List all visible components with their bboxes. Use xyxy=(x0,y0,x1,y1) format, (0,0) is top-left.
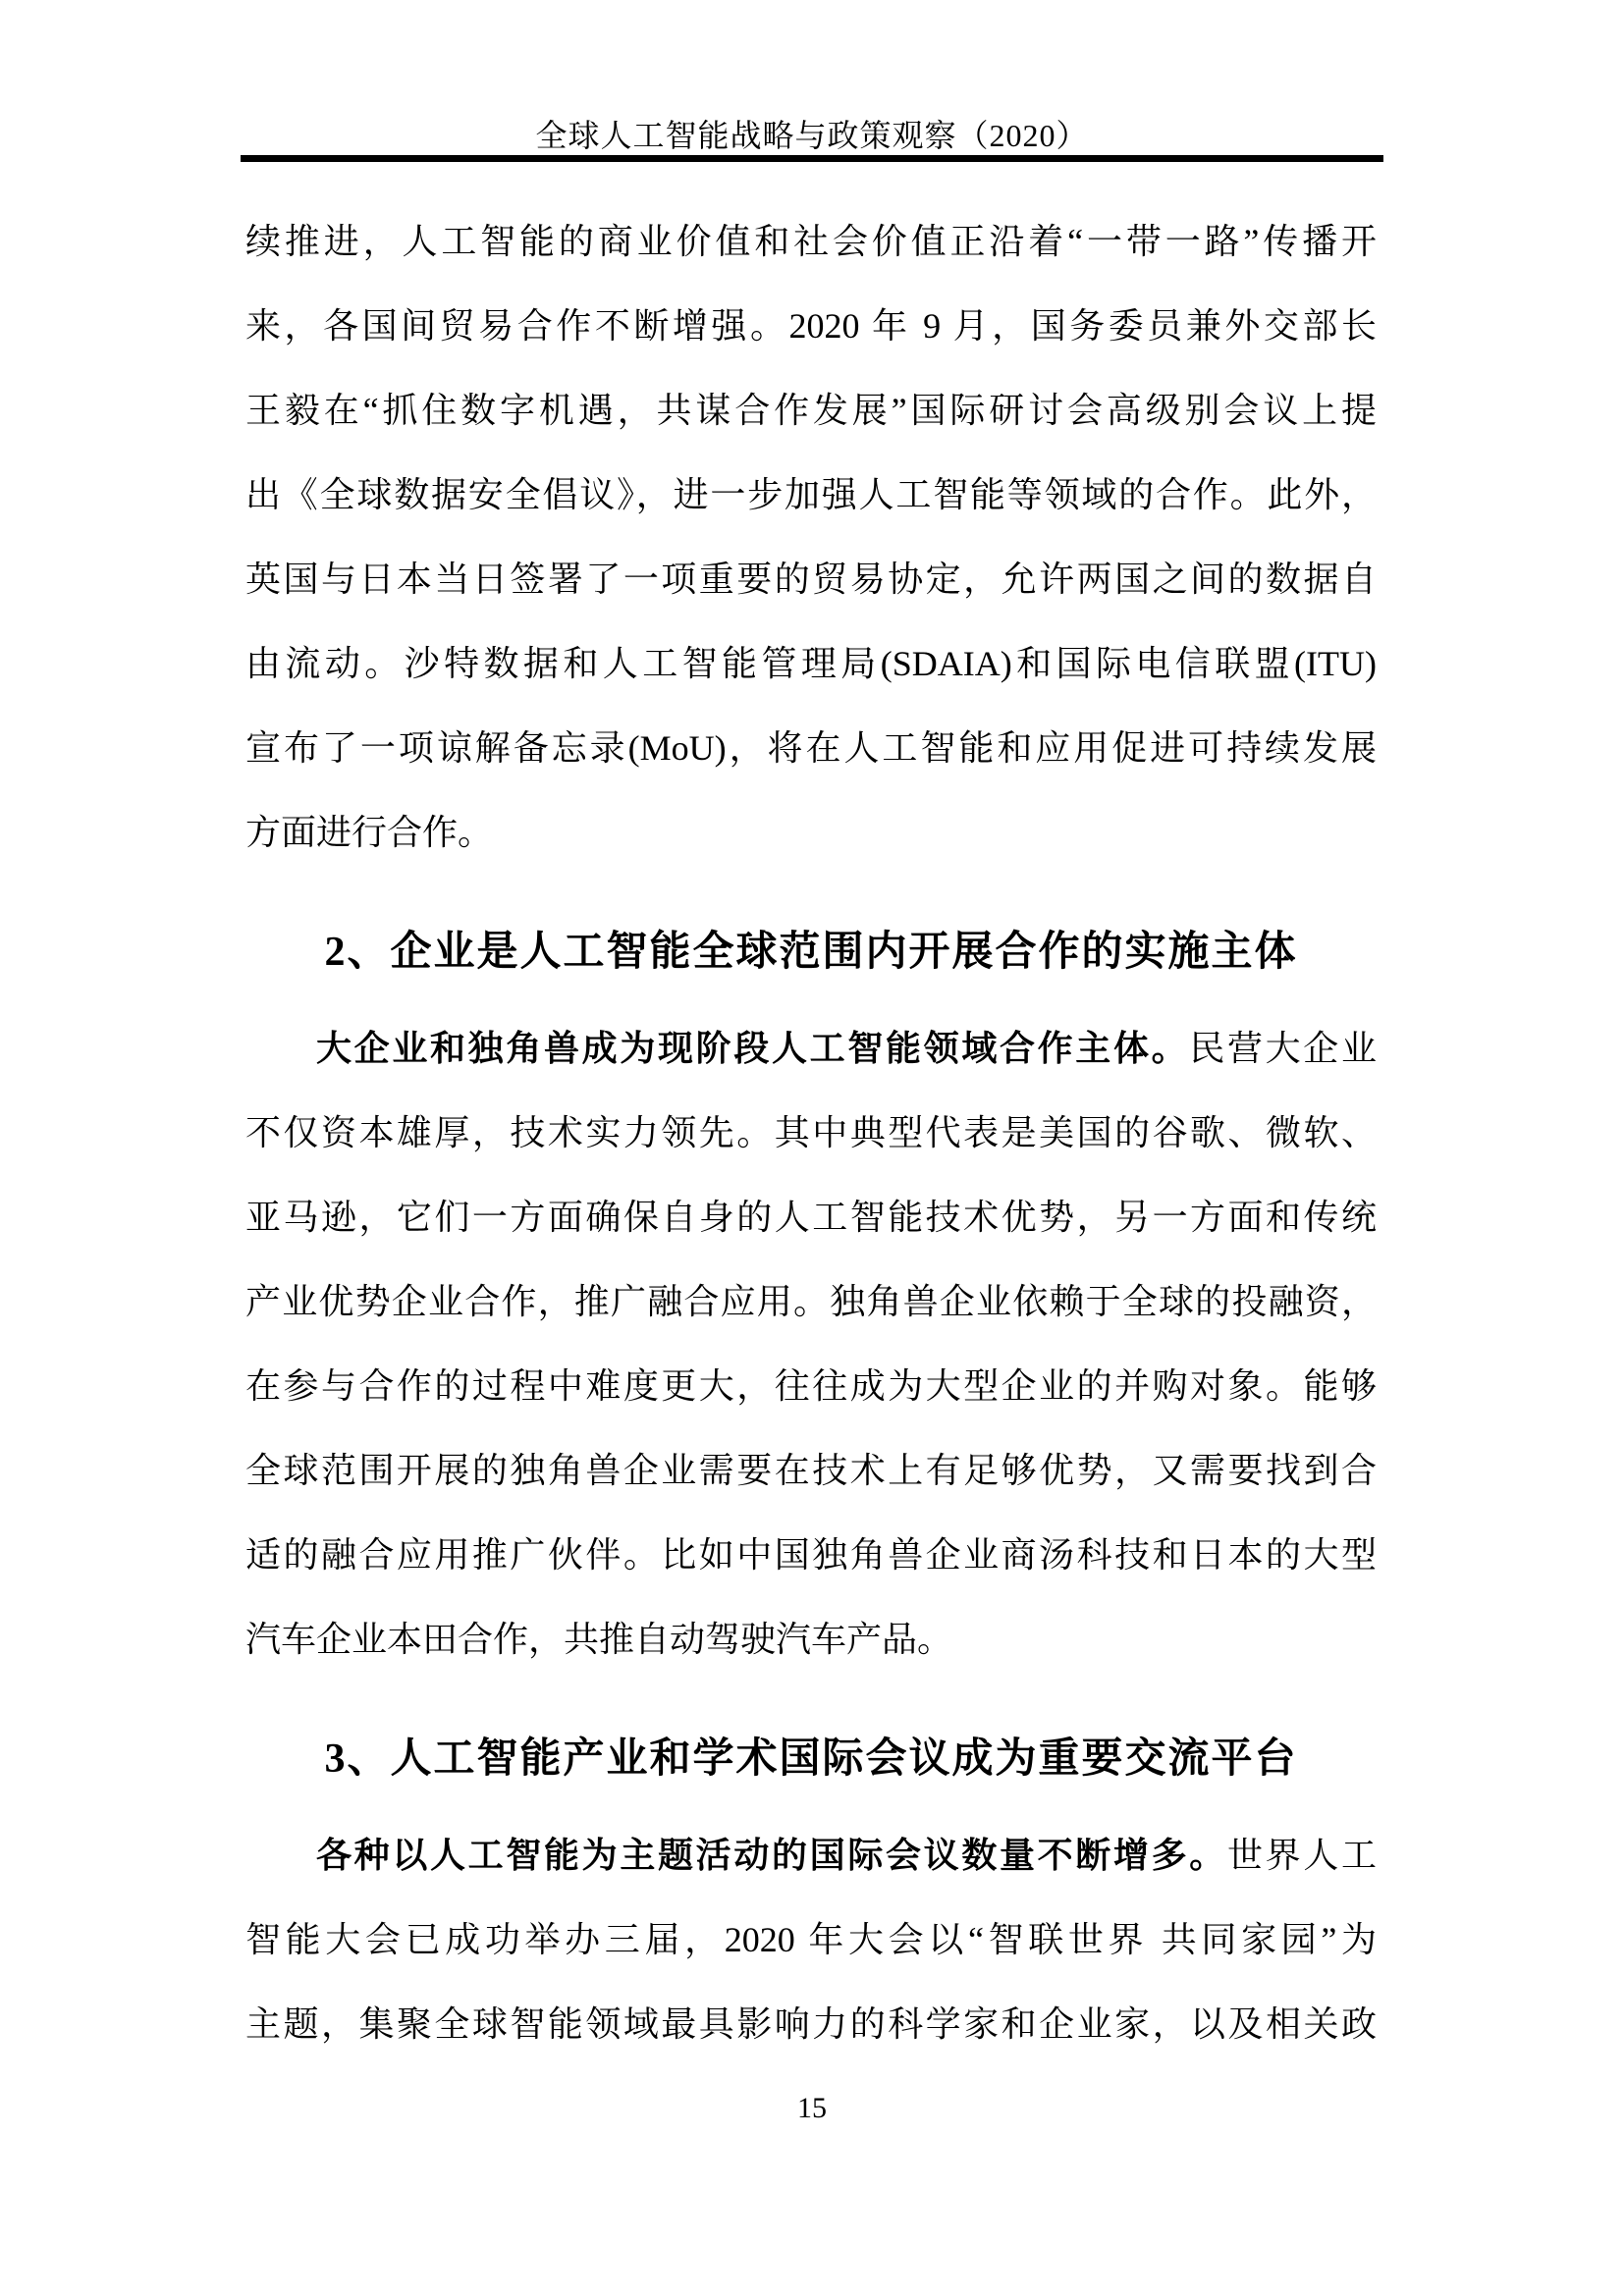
document-body: 续推进，人工智能的商业价值和社会价值正沿着“一带一路”传播开来，各国间贸易合作不… xyxy=(245,199,1377,2066)
text-line: 在参与合作的过程中难度更大，往往成为大型企业的并购对象。能够 xyxy=(245,1344,1377,1428)
body-text: 民营大企业 xyxy=(1189,1029,1377,1068)
paragraph: 续推进，人工智能的商业价值和社会价值正沿着“一带一路”传播开来，各国间贸易合作不… xyxy=(245,199,1377,875)
bold-lead-text: 各种以人工智能为主题活动的国际会议数量不断增多。 xyxy=(316,1835,1227,1875)
section-heading: 3、人工智能产业和学术国际会议成为重要交流平台 xyxy=(245,1717,1377,1801)
body-text: 适的融合应用推广伙伴。比如中国独角兽企业商汤科技和日本的大型 xyxy=(245,1535,1377,1575)
body-text: 英国与日本当日签署了一项重要的贸易协定，允许两国之间的数据自 xyxy=(245,560,1377,599)
text-line: 方面进行合作。 xyxy=(245,790,1377,875)
text-line: 各种以人工智能为主题活动的国际会议数量不断增多。世界人工 xyxy=(245,1813,1377,1897)
document-page: 全球人工智能战略与政策观察（2020） 续推进，人工智能的商业价值和社会价值正沿… xyxy=(0,0,1624,2296)
body-text: 不仅资本雄厚，技术实力领先。其中典型代表是美国的谷歌、微软、 xyxy=(245,1113,1377,1152)
text-line: 出《全球数据安全倡议》，进一步加强人工智能等领域的合作。此外， xyxy=(245,453,1377,537)
body-text: 王毅在“抓住数字机遇，共谋合作发展”国际研讨会高级别会议上提 xyxy=(245,391,1377,430)
text-line: 智能大会已成功举办三届，2020 年大会以“智联世界 共同家园”为 xyxy=(245,1897,1377,1982)
text-line: 亚马逊，它们一方面确保自身的人工智能技术优势，另一方面和传统 xyxy=(245,1175,1377,1259)
body-text: 出《全球数据安全倡议》，进一步加强人工智能等领域的合作。此外， xyxy=(245,475,1377,514)
body-text: 汽车企业本田合作，共推自动驾驶汽车产品。 xyxy=(245,1620,952,1659)
body-text: 续推进，人工智能的商业价值和社会价值正沿着“一带一路”传播开 xyxy=(245,222,1377,261)
body-text: 主题，集聚全球智能领域最具影响力的科学家和企业家，以及相关政 xyxy=(245,2004,1377,2044)
section-heading: 2、企业是人工智能全球范围内开展合作的实施主体 xyxy=(245,910,1377,994)
body-text: 智能大会已成功举办三届，2020 年大会以“智联世界 共同家园”为 xyxy=(245,1920,1377,1959)
paragraph: 各种以人工智能为主题活动的国际会议数量不断增多。世界人工智能大会已成功举办三届，… xyxy=(245,1813,1377,2066)
text-line: 不仅资本雄厚，技术实力领先。其中典型代表是美国的谷歌、微软、 xyxy=(245,1091,1377,1175)
text-line: 续推进，人工智能的商业价值和社会价值正沿着“一带一路”传播开 xyxy=(245,199,1377,284)
body-text: 亚马逊，它们一方面确保自身的人工智能技术优势，另一方面和传统 xyxy=(245,1198,1377,1237)
body-text: 来，各国间贸易合作不断增强。2020 年 9 月，国务委员兼外交部长 xyxy=(245,306,1377,346)
body-text: 由流动。沙特数据和人工智能管理局(SDAIA)和国际电信联盟(ITU) xyxy=(245,644,1377,683)
text-line: 适的融合应用推广伙伴。比如中国独角兽企业商汤科技和日本的大型 xyxy=(245,1513,1377,1597)
text-line: 产业优势企业合作，推广融合应用。独角兽企业依赖于全球的投融资， xyxy=(245,1259,1377,1344)
body-text: 在参与合作的过程中难度更大，往往成为大型企业的并购对象。能够 xyxy=(245,1366,1377,1406)
page-number: 15 xyxy=(0,2089,1624,2128)
paragraph: 大企业和独角兽成为现阶段人工智能领域合作主体。民营大企业不仅资本雄厚，技术实力领… xyxy=(245,1006,1377,1682)
text-line: 汽车企业本田合作，共推自动驾驶汽车产品。 xyxy=(245,1597,1377,1682)
bold-lead-text: 大企业和独角兽成为现阶段人工智能领域合作主体。 xyxy=(316,1028,1189,1068)
body-text: 产业优势企业合作，推广融合应用。独角兽企业依赖于全球的投融资， xyxy=(245,1282,1377,1321)
text-line: 王毅在“抓住数字机遇，共谋合作发展”国际研讨会高级别会议上提 xyxy=(245,368,1377,453)
text-line: 全球范围开展的独角兽企业需要在技术上有足够优势，又需要找到合 xyxy=(245,1428,1377,1513)
body-text: 方面进行合作。 xyxy=(245,813,493,852)
text-line: 大企业和独角兽成为现阶段人工智能领域合作主体。民营大企业 xyxy=(245,1006,1377,1091)
text-line: 由流动。沙特数据和人工智能管理局(SDAIA)和国际电信联盟(ITU) xyxy=(245,621,1377,706)
body-text: 世界人工 xyxy=(1227,1836,1377,1875)
text-line: 主题，集聚全球智能领域最具影响力的科学家和企业家，以及相关政 xyxy=(245,1982,1377,2066)
body-text: 宣布了一项谅解备忘录(MoU)，将在人工智能和应用促进可持续发展 xyxy=(245,728,1377,768)
text-line: 宣布了一项谅解备忘录(MoU)，将在人工智能和应用促进可持续发展 xyxy=(245,706,1377,790)
text-line: 来，各国间贸易合作不断增强。2020 年 9 月，国务委员兼外交部长 xyxy=(245,284,1377,368)
page-header: 全球人工智能战略与政策观察（2020） xyxy=(241,116,1383,162)
body-text: 全球范围开展的独角兽企业需要在技术上有足够优势，又需要找到合 xyxy=(245,1451,1377,1490)
text-line: 英国与日本当日签署了一项重要的贸易协定，允许两国之间的数据自 xyxy=(245,537,1377,621)
header-title: 全球人工智能战略与政策观察（2020） xyxy=(535,116,1088,155)
